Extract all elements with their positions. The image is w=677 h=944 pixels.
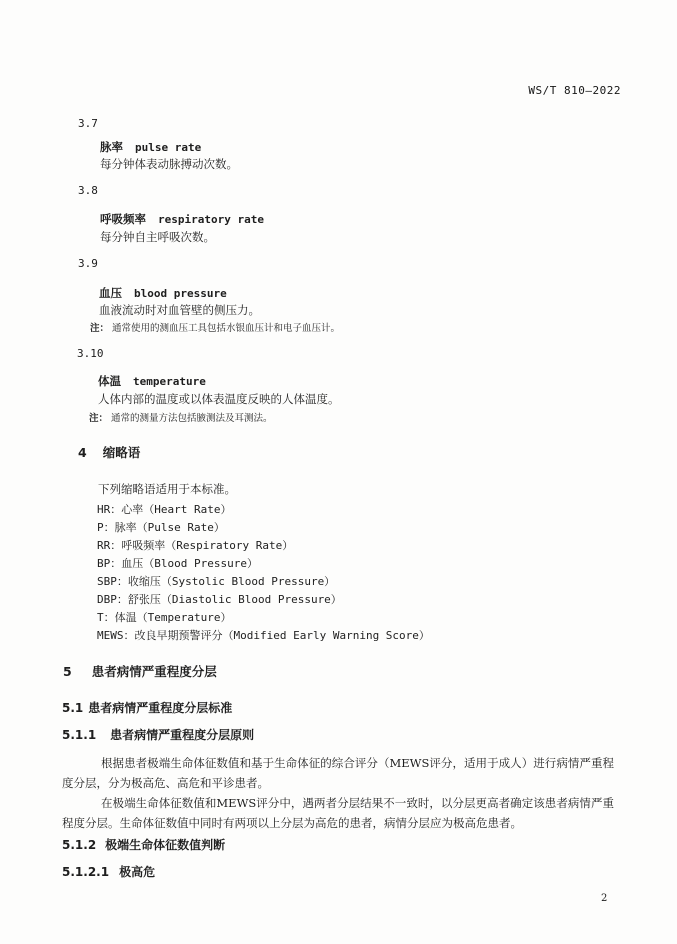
term-en: temperature xyxy=(133,375,206,388)
clause-title: 患者病情严重程度分层 xyxy=(92,664,217,679)
clause5-1-1-heading: 5.1.1患者病情严重程度分层原则 xyxy=(62,726,254,743)
abbreviation-list: HR：心率（Heart Rate） P：脉率（Pulse Rate） RR：呼吸… xyxy=(97,501,430,645)
clause-title: 极端生命体征数值判断 xyxy=(105,838,225,852)
term-number-3-7: 3.7 xyxy=(78,117,98,130)
clause-number: 5.1 xyxy=(62,701,83,715)
clause-number: 5.1.2 xyxy=(62,838,96,852)
term-number-3-9: 3.9 xyxy=(78,257,98,270)
clause5-1-2-1-heading: 5.1.2.1极高危 xyxy=(62,863,155,880)
abbreviation-item: BP：血压（Blood Pressure） xyxy=(97,555,430,573)
clause-title: 极高危 xyxy=(119,865,155,879)
term-title-3-10: 体温temperature xyxy=(98,372,206,390)
abbreviation-item: DBP：舒张压（Diastolic Blood Pressure） xyxy=(97,591,430,609)
clause-title: 患者病情严重程度分层标准 xyxy=(88,701,232,715)
clause-number: 5.1.2.1 xyxy=(62,865,109,879)
standard-code-header: WS/T 810—2022 xyxy=(528,84,621,97)
term-title-3-7: 脉率pulse rate xyxy=(100,138,201,156)
note-text: 通常使用的测血压工具包括水银血压计和电子血压计。 xyxy=(112,323,340,334)
document-page: WS/T 810—2022 3.7 脉率pulse rate 每分钟体表动脉搏动… xyxy=(0,0,677,944)
clause4-intro: 下列缩略语适用于本标准。 xyxy=(98,481,236,497)
term-zh: 体温 xyxy=(98,374,121,388)
term-definition: 血液流动时对血管壁的侧压力。 xyxy=(99,302,260,318)
term-en: blood pressure xyxy=(134,287,227,300)
clause-title: 患者病情严重程度分层原则 xyxy=(110,728,254,742)
term-number-3-10: 3.10 xyxy=(77,347,104,360)
term-note: 注：通常使用的测血压工具包括水银血压计和电子血压计。 xyxy=(90,320,340,334)
clause4-heading: 4缩略语 xyxy=(78,443,140,461)
term-definition: 每分钟体表动脉搏动次数。 xyxy=(100,156,238,172)
term-en: respiratory rate xyxy=(158,213,264,226)
term-title-3-8: 呼吸频率respiratory rate xyxy=(100,210,264,228)
abbreviation-item: T：体温（Temperature） xyxy=(97,609,430,627)
page-number: 2 xyxy=(601,893,607,904)
term-definition: 每分钟自主呼吸次数。 xyxy=(100,229,215,245)
term-note: 注：通常的测量方法包括腋测法及耳测法。 xyxy=(89,410,273,424)
clause5-1-heading: 5.1患者病情严重程度分层标准 xyxy=(62,699,232,716)
note-label: 注： xyxy=(89,413,108,424)
clause5-heading: 5患者病情严重程度分层 xyxy=(63,662,217,680)
note-text: 通常的测量方法包括腋测法及耳测法。 xyxy=(111,413,273,424)
term-zh: 脉率 xyxy=(100,140,123,154)
clause5-1-2-heading: 5.1.2极端生命体征数值判断 xyxy=(62,836,225,853)
abbreviation-item: HR：心率（Heart Rate） xyxy=(97,501,430,519)
clause-title: 缩略语 xyxy=(103,445,141,460)
term-zh: 呼吸频率 xyxy=(100,212,146,226)
paragraph-stratification-principle-1: 根据患者极端生命体征数值和基于生命体征的综合评分（MEWS评分，适用于成人）进行… xyxy=(62,753,614,793)
paragraph-stratification-principle-2: 在极端生命体征数值和MEWS评分中，遇两者分层结果不一致时，以分层更高者确定该患… xyxy=(62,793,614,833)
abbreviation-item: RR：呼吸频率（Respiratory Rate） xyxy=(97,537,430,555)
term-title-3-9: 血压blood pressure xyxy=(99,284,227,302)
term-en: pulse rate xyxy=(135,141,201,154)
abbreviation-item: MEWS：改良早期预警评分（Modified Early Warning Sco… xyxy=(97,627,430,645)
term-definition: 人体内部的温度或以体表温度反映的人体温度。 xyxy=(98,391,340,407)
abbreviation-item: P：脉率（Pulse Rate） xyxy=(97,519,430,537)
clause-number: 4 xyxy=(78,445,87,460)
note-label: 注： xyxy=(90,323,109,334)
clause-number: 5.1.1 xyxy=(62,728,96,742)
term-number-3-8: 3.8 xyxy=(78,184,98,197)
clause-number: 5 xyxy=(63,664,72,679)
abbreviation-item: SBP：收缩压（Systolic Blood Pressure） xyxy=(97,573,430,591)
term-zh: 血压 xyxy=(99,286,122,300)
